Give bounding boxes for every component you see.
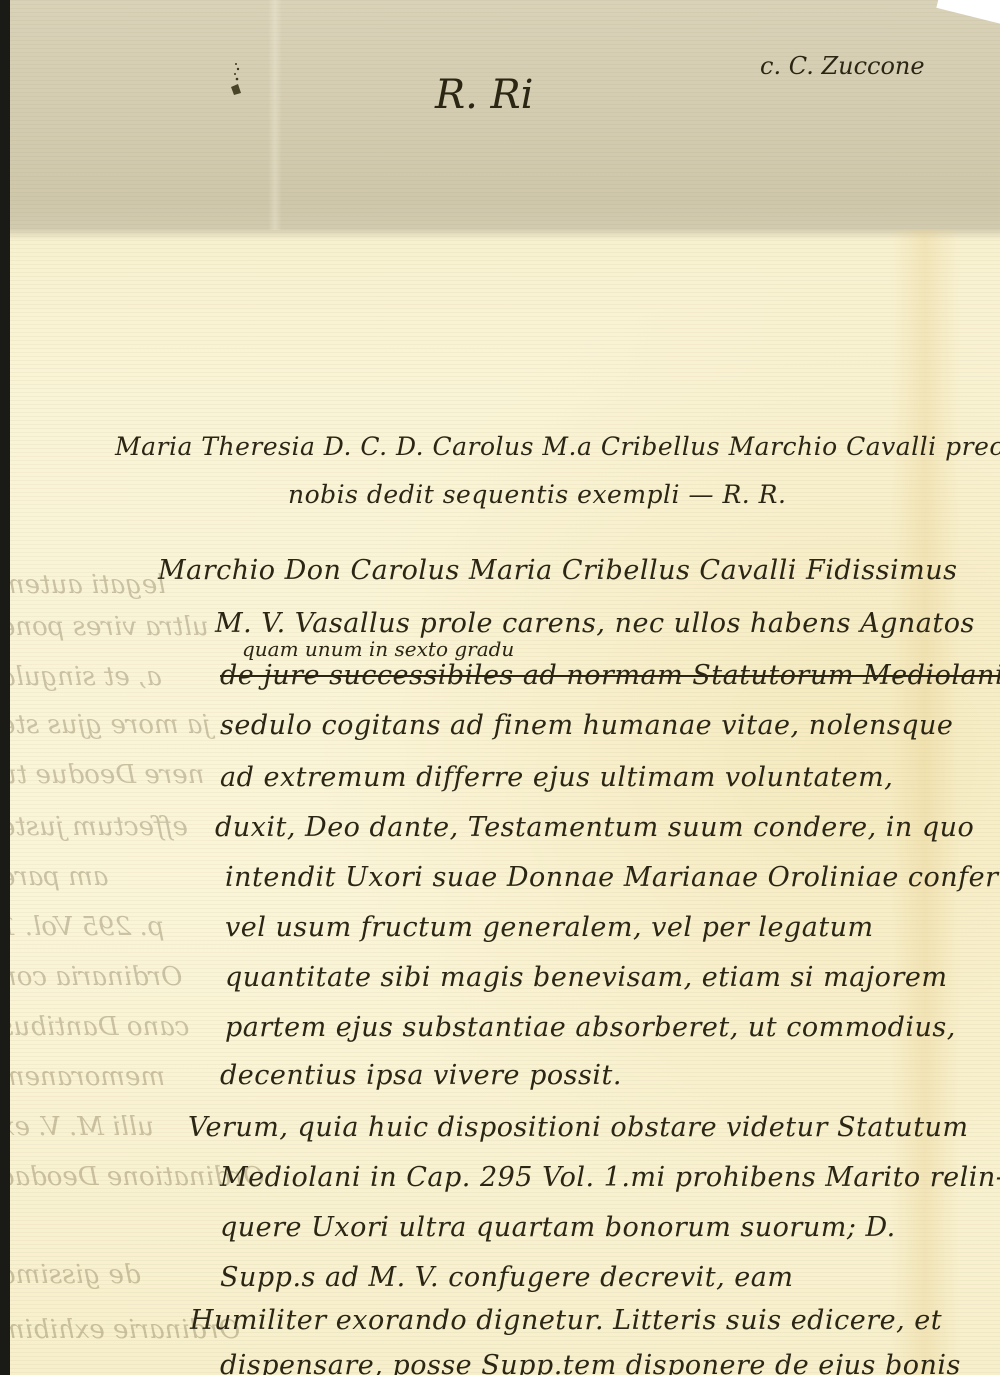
body-line: Verum, quia huic dispositioni obstare vi… (188, 1112, 969, 1143)
bleed-through-text: a, et singula (10, 662, 162, 692)
fold-crease (268, 0, 282, 230)
body-line: Humiliter exorando dignetur. Litteris su… (190, 1305, 942, 1336)
bleed-through-text: ultra vires pone (10, 612, 209, 642)
body-line: Mediolani in Cap. 295 Vol. 1.mi prohiben… (220, 1162, 1000, 1193)
manuscript-page: legati autem ultra vires pone a, et sing… (10, 0, 1000, 1375)
torn-corner (936, 0, 1000, 27)
paper-stain (890, 230, 960, 1375)
body-line: vel usum fructum generalem, vel per lega… (225, 912, 874, 943)
title-line: nobis dedit sequentis exempli — R. R. (288, 480, 786, 509)
bleed-through-text: am pare (10, 862, 108, 892)
body-line: M. V. Vasallus prole carens, nec ullos h… (215, 608, 975, 639)
body-line: sedulo cogitans ad finem humanae vitae, … (220, 710, 953, 741)
body-line: decentius ipsa vivere possit. (220, 1060, 622, 1091)
bleed-through-text: memoranem (10, 1062, 165, 1092)
bleed-through-text: nere Deodue tu (10, 760, 204, 790)
bleed-through-text: de gissimo (10, 1260, 141, 1290)
bleed-through-text: Ordinaria con (10, 962, 182, 992)
body-line: quantitate sibi magis benevisam, etiam s… (225, 962, 947, 993)
interlinear-insertion: quam unum in sexto gradu (242, 637, 514, 661)
body-line: ad extremum differre ejus ultimam volunt… (220, 762, 893, 793)
body-line: quere Uxori ultra quartam bonorum suorum… (220, 1212, 896, 1243)
bleed-through-text: effectum juste (10, 812, 188, 842)
body-line: partem ejus substantiae absorberet, ut c… (225, 1012, 956, 1043)
header-note: c. C. Zuccone (760, 52, 925, 80)
body-line: Marchio Don Carolus Maria Cribellus Cava… (158, 555, 958, 586)
body-line: Supp.s ad M. V. confugere decrevit, eam (220, 1262, 793, 1293)
bleed-through-text: ja more gjus ste (10, 710, 210, 740)
bleed-through-text: p. 295 Vol. 1 (10, 912, 165, 942)
title-line: Maria Theresia D. C. D. Carolus M.a Crib… (115, 432, 1000, 461)
header-mark: R. Ri (435, 72, 533, 118)
body-line: intendit Uxori suae Donnae Marianae Orol… (225, 862, 1000, 893)
body-line: dispensare, posse Supp.tem disponere de … (220, 1350, 961, 1375)
ink-blot-icon (228, 60, 244, 100)
struck-line: de jure successibiles ad normam Statutor… (220, 660, 1000, 691)
bleed-through-text: legati autem (10, 570, 166, 600)
bleed-through-text: cano Dantibus (10, 1012, 189, 1042)
bleed-through-text: ulli M. V. ex (10, 1112, 154, 1142)
body-line: duxit, Deo dante, Testamentum suum conde… (215, 812, 974, 843)
